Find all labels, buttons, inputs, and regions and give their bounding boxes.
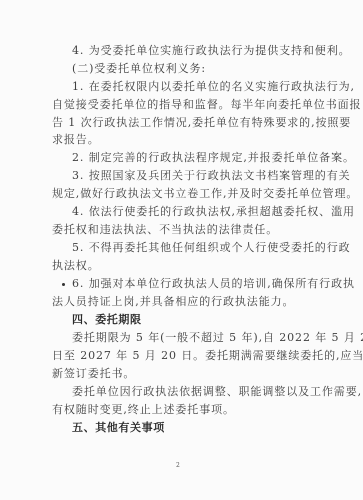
text-line: 日至 2027 年 5 月 20 日。委托期满需要继续委托的,应当重 bbox=[52, 349, 314, 363]
text-line-2: 2. 制定完善的行政执法程序规定,并报委托单位备案。 bbox=[72, 151, 314, 165]
text-line: 委托单位因行政执法依据调整、职能调整以及工作需要, bbox=[72, 385, 314, 399]
text-line-4: 4. 依法行使委托的行政执法权,承担超越委托权、滥用 bbox=[72, 205, 314, 219]
scan-speck bbox=[62, 283, 65, 286]
text-line: 告 1 次行政执法工作情况,委托单位有特殊要求的,按照要 bbox=[52, 116, 314, 130]
document-page: 4. 为受委托单位实施行政执法行为提供支持和便利。 (二)受委托单位权利义务: … bbox=[0, 0, 363, 500]
text-line-3: 3. 按照国家及兵团关于行政执法文书档案管理的有关 bbox=[72, 169, 314, 183]
section-heading-term: 四、委托期限 bbox=[72, 313, 314, 327]
text-line-1: 1. 在委托权限内以委托单位的名义实施行政执法行为, bbox=[72, 80, 314, 94]
text-line: 规定,做好行政执法文书立卷工作,并及时交委托单位管理。 bbox=[52, 187, 314, 201]
text-line: 法人员持证上岗,并具备相应的行政执法能力。 bbox=[52, 295, 314, 309]
text-line: 有权随时变更,终止上述委托事项。 bbox=[52, 403, 314, 417]
text-line: 委托权和违法执法、不当执法的法律责任。 bbox=[52, 223, 314, 237]
text-line: 执法权。 bbox=[52, 259, 314, 273]
text-line: 自觉接受委托单位的指导和监督。每半年向委托单位书面报 bbox=[52, 98, 314, 112]
text-line-item-4-support: 4. 为受委托单位实施行政执法行为提供支持和便利。 bbox=[72, 44, 314, 58]
text-line-term: 委托期限为 5 年(一般不超过 5 年),自 2022 年 5 月 20 bbox=[72, 331, 314, 345]
text-line-6: 6. 加强对本单位行政执法人员的培训,确保所有行政执 bbox=[72, 277, 314, 291]
text-line-section-2-title: (二)受委托单位权利义务: bbox=[72, 62, 314, 76]
section-heading-other: 五、其他有关事项 bbox=[72, 421, 314, 435]
text-line: 求报告。 bbox=[52, 133, 314, 147]
text-line-5: 5. 不得再委托其他任何组织或个人行使受委托的行政 bbox=[72, 241, 314, 255]
text-line: 新签订委托书。 bbox=[52, 367, 314, 381]
page-number: 2 bbox=[176, 462, 180, 469]
